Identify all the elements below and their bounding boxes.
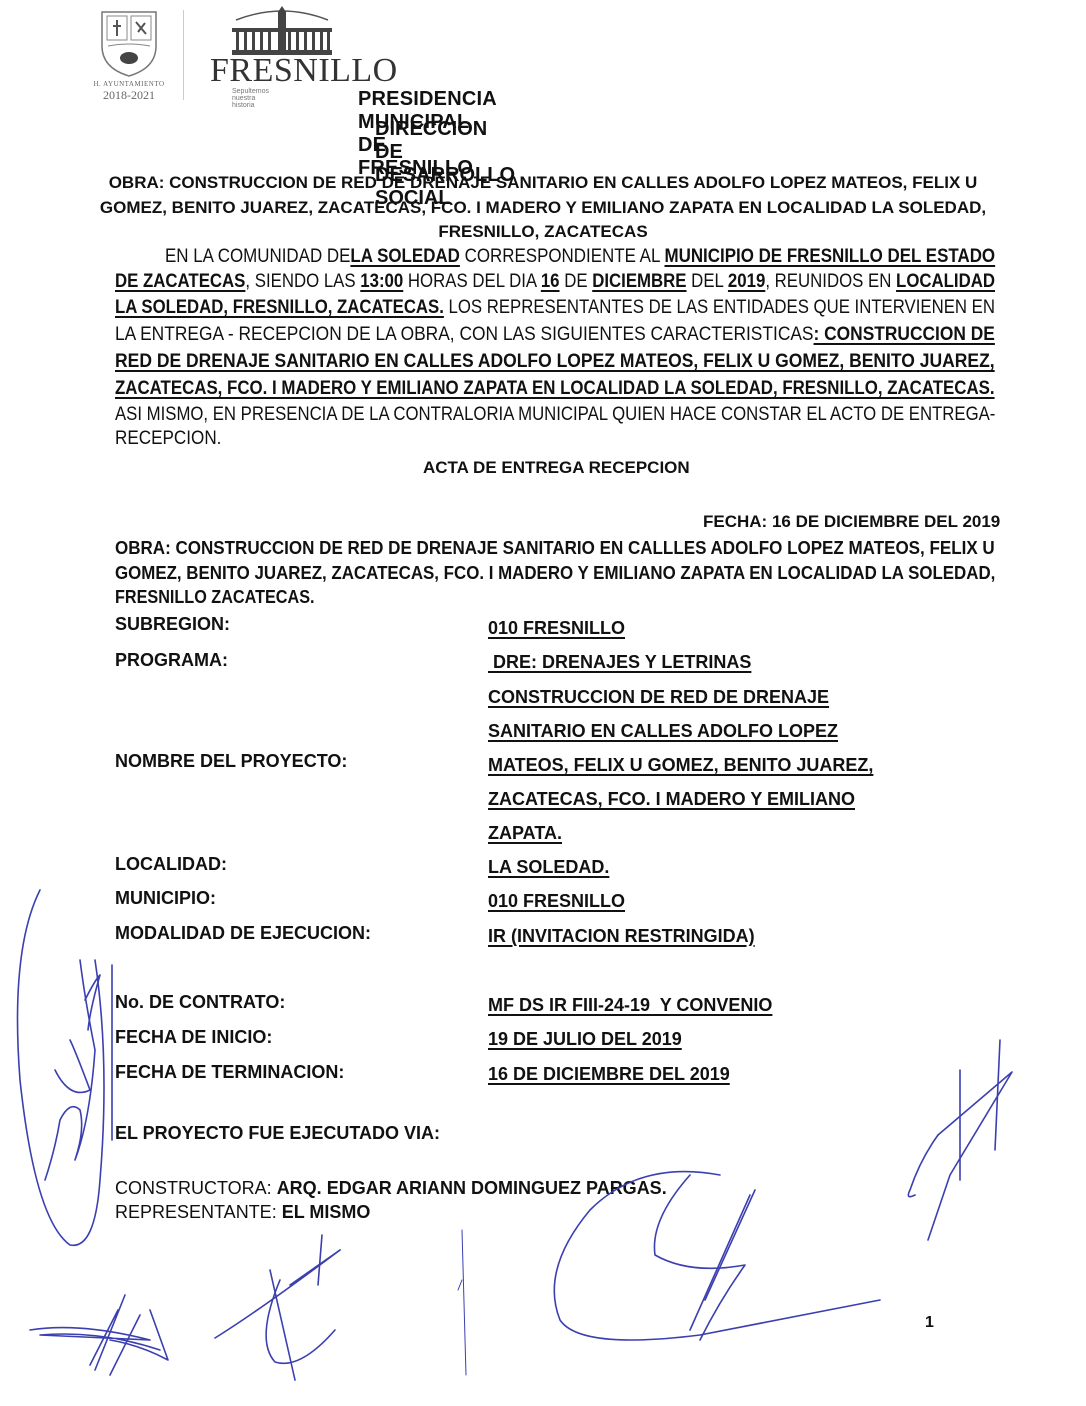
- signature-center: [554, 1172, 880, 1340]
- signature-bottom-left-1: [30, 1295, 168, 1375]
- signature-right: [908, 1040, 1012, 1240]
- signature-left-margin: [18, 890, 113, 1245]
- signature-bottom-left-2: [215, 1235, 340, 1380]
- page-number: 1: [925, 1314, 934, 1332]
- handwritten-signatures: [0, 0, 1086, 1406]
- signature-stroke-mark: [458, 1230, 466, 1375]
